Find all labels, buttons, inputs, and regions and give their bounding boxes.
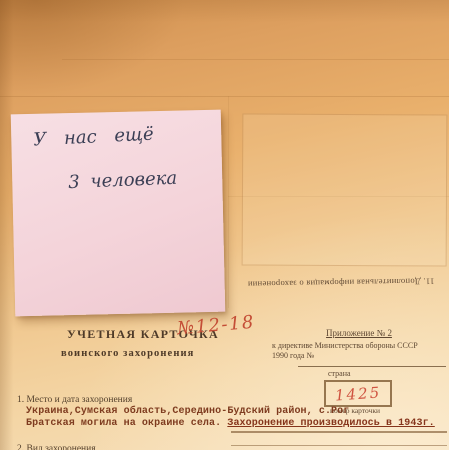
country-field-label: страна — [328, 369, 351, 378]
country-field-rule — [298, 366, 446, 367]
annex-reference-block: Приложение № 2 к директиве Министерства … — [272, 328, 446, 360]
note-handwriting-line2: 3 человека — [68, 168, 178, 193]
paper-crease — [228, 96, 229, 308]
paper-crease — [0, 96, 449, 97]
paper-crease — [62, 59, 449, 60]
card-subtitle: воинского захоронения — [61, 348, 194, 359]
annex-line2: к директиве Министерства обороны СССР — [272, 341, 446, 350]
burial-card-photo: У нас ещё 3 человека 11. Дополнительная … — [0, 0, 449, 450]
handwritten-card-number: 1425 — [334, 383, 381, 404]
typed-location-line1: Украина,Сумская область,Середино-Будский… — [26, 406, 349, 417]
handwritten-card-series-number: №12-18 — [176, 312, 255, 340]
form-field-rule — [231, 431, 447, 433]
typed-location-line2: Братская могила на окраине села. Захорон… — [26, 418, 435, 429]
section2-label: 2. Вид захоронения — [17, 444, 96, 450]
form-field-rule — [231, 445, 447, 446]
typed-location-line2-plain: Братская могила на окраине села. — [26, 418, 227, 429]
card-number-box: 1425 — [324, 380, 392, 407]
pink-sticky-note: У нас ещё 3 человека — [11, 110, 226, 317]
annex-line1: Приложение № 2 — [272, 328, 446, 338]
annex-line3: 1990 года № — [272, 351, 446, 360]
upside-down-section-11-label: 11. Дополнительная информация о захороне… — [233, 276, 449, 290]
photo-placeholder-outline — [242, 113, 448, 266]
typed-location-line2-underlined: Захоронение производилось в 1943г. — [227, 418, 434, 429]
section1-label: 1. Место и дата захоронения — [17, 395, 132, 405]
note-handwriting-line1: У нас ещё — [33, 124, 154, 151]
